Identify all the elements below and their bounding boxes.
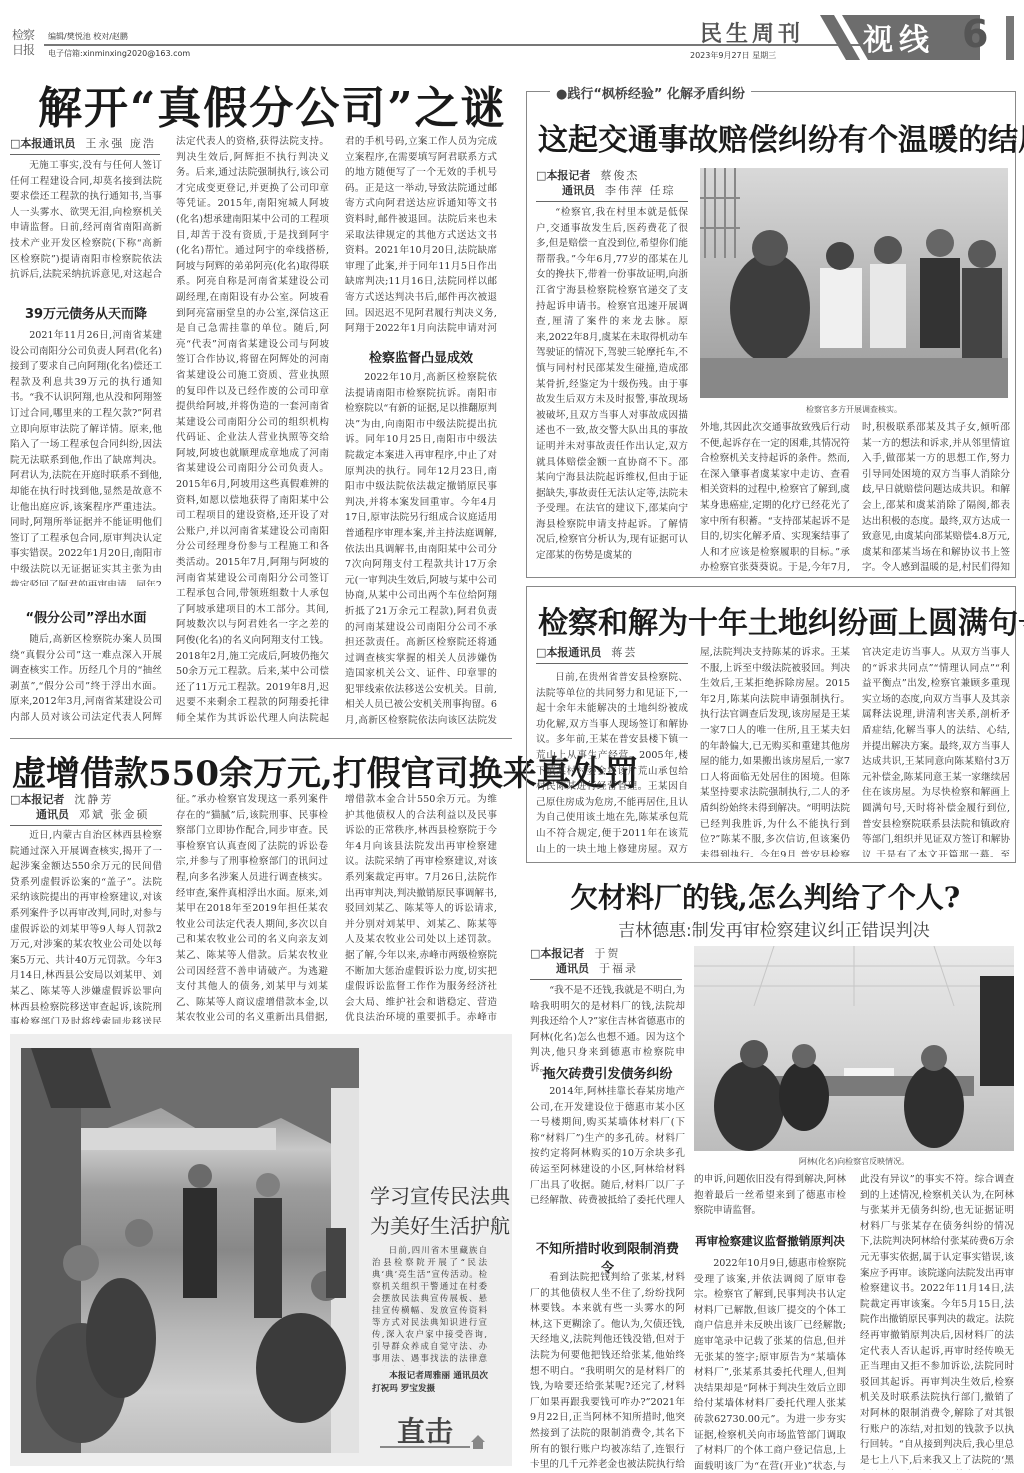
article1-byline: □本报通讯员王永强 庞浩 [10,136,160,155]
editor-email: 电子信箱:xinminxing2020@163.com [48,48,190,59]
article5-col2-body: 的申诉,问题依旧没有得到解决,阿林抱着最后一丝希望来到了德惠市检察院申请监督。 [694,1172,846,1220]
section-tab-label: 视线 [863,15,935,59]
home-icon [470,1434,486,1450]
article1-col3: 君的手机号码,立案工作人员为完成立案程序,在需要填写阿君联系方式的地方随便写了一… [345,134,497,337]
article4-col1: 日前,在贵州省普安县检察院、法院等单位的共同努力和见证下,一起十余年未能解决的土… [536,670,688,856]
article1-col3-tail: 2022年10月,高新区检察院依法提请南阳市检察院抗诉。南阳市检察院以“有新的证… [345,370,497,726]
article1-bottom-rule [10,738,512,739]
byline-name: 邓斌 张金硕 [79,808,150,821]
byline-name: 李伟萍 任琮 [605,184,676,197]
byline-role: □本报记者 [536,169,590,182]
article3-title: 这起交通事故赔偿纠纷有个温暖的结局 [538,115,1024,159]
byline-role: □本报记者 [10,793,64,806]
article4-byline: □本报通讯员蒋芸 [536,645,688,664]
article1-subhead-1: 39万元债务从天而降 [10,303,162,322]
page-edge-bar [1006,16,1014,60]
photo-illustration [21,1048,359,1453]
article3-photo-caption: 检察官多方开展调查核实。 [700,404,1008,415]
article2-col2: 征。”承办检察官发现这一系列案件存在的“猫腻”后,该院刑事、民事检察部门立即协作… [176,792,328,1026]
article3-byline: □本报记者蔡俊杰 通讯员李伟萍 任琮 [536,168,688,202]
column-tag-zhiji: 直击 [397,1410,453,1450]
article5-col3: 此没有异议”的事实不符。综合调查到的上述情况,检察机关认为,在阿林与张某并无债务… [860,1172,1014,1470]
byline-role: 通讯员 [556,962,589,975]
article2-col3: 增借款本金合计550余万元。为维护其他债权人的合法利益以及民事诉讼的正常秩序,林… [345,792,497,1026]
article4-title: 检察和解为十年土地纠纷画上圆满句号 [538,598,1024,642]
article5-col2-tail: 2022年10月9日,德惠市检察院受理了该案,并依法调阅了原审卷宗。检察官了解到… [694,1256,846,1470]
issue-date: 2023年9月27日 星期三 [690,50,776,61]
photo-illustration [694,946,1014,1151]
article3-photo [700,168,1008,398]
article2-col1: 近日,内蒙古自治区林西县检察院通过深入开展调查核实,揭开了一起涉案金额达550余… [10,828,162,1024]
section-name: 民生周刊 [700,17,804,48]
page-number: 6 [962,12,988,56]
article5-col1-body: 2014年,阿林挂靠长春某房地产公司,在开发建设位于德惠市某小区一号楼期间,购买… [530,1084,685,1208]
feature-title-line1: 学习宣传民法典 [370,1180,510,1209]
article1-subhead-2: “假分公司”浮出水面 [10,607,162,626]
article2-byline: □本报记者沈静芳 通讯员邓斌 张金硕 [10,792,162,826]
byline-name: 蔡俊杰 [600,169,639,182]
byline-role: □本报通讯员 [10,137,75,150]
article1-title: 解开“真假分公司”之谜 [38,72,507,136]
photo-illustration [700,168,1008,398]
article5-photo [694,946,1014,1151]
feature-credit: 本报记者周雅丽 通讯员次打祝玛 罗宝发摄 [372,1370,488,1400]
article1-subhead-3: 检察监督凸显成效 [345,347,497,366]
feature-title-line2: 为美好生活护航 [370,1210,510,1239]
column-tag-rule [380,1446,470,1448]
byline-names: 王永强 庞浩 [85,137,156,150]
article1-lead: 无施工事实,没有与任何人签订任何工程建设合同,却莫名接到法院要求偿还工程款的执行… [10,158,162,283]
byline-name: 于福录 [599,962,638,975]
article5-byline: □本报记者于贺 通讯员于福录 [530,946,682,980]
byline-name: 沈静芳 [74,793,113,806]
feature-body: 日前,四川省木里藏族自治县检察院开展了“民法典‘典’亮生活”宣传活动。检察机关组… [372,1244,488,1366]
article1-col1-tail: 随后,高新区检察院办案人员围绕“真假分公司”这一难点深入开展调查核实工作。历经几… [10,632,162,725]
masthead: 检察日报 编辑/樊悦池 校对/赵鹏 电子信箱:xinminxing2020@16… [0,0,1024,62]
newspaper-logo: 检察日报 [12,28,42,60]
article3-col2: 外地,其因此次交通事故致残后行动不便,起诉存在一定的困难,其情况符合检察机关支持… [700,420,850,575]
article3-kicker: ●践行“枫桥经验” 化解矛盾纠纷 [550,83,751,102]
feature-photo-village-meeting [21,1048,359,1453]
byline-role: □本报记者 [530,947,584,960]
editor-credit: 编辑/樊悦池 校对/赵鹏 [48,31,128,42]
byline-name: 于贺 [594,947,620,960]
article4-col2: 屋,法院判决支持陈某的诉求。王某不服,上诉至中级法院被驳回。判决生效后,王某拒绝… [700,645,850,857]
article5-subtitle: 吉林德惠:制发再审检察建议纠正错误判决 [618,916,930,941]
byline-name: 蒋芸 [611,646,637,659]
article1-col1-body: 2021年11月26日,河南省某建设公司南阳分公司负责人阿君(化名)接到了要求自… [10,328,162,586]
article3-col3: 时,积极联系邵某及其子女,倾听邵某一方的想法和诉求,并从邻里情谊入手,做邵某一方… [862,420,1010,575]
article5-col1-tail: 看到法院把钱判给了张某,材料厂的其他债权人坐不住了,纷纷找阿林要钱。本来就有些一… [530,1270,685,1470]
byline-role: 通讯员 [562,184,595,197]
article5-subhead-1: 拖欠砖费引发债务纠纷 [530,1063,685,1082]
article4-col3: 官决定走访当事人。从双方当事人的“诉求共同点”“情理认同点”“利益平衡点”出发,… [862,645,1010,857]
byline-role: □本报通讯员 [536,646,601,659]
article1-col2: 法定代表人的资格,获得法院支持。判决生效后,阿辉拒不执行判决义务。后来,通过法院… [176,134,329,726]
article3-col1: “检察官,我在村里本就是低保户,交通事故发生后,医药费花了很多,但是赔偿一直没到… [536,205,688,575]
article5-title: 欠材料厂的钱,怎么判给了个人? [570,876,960,916]
article5-photo-caption: 阿林(化名)向检察官反映情况。 [694,1156,1014,1167]
article5-subhead-3: 再审检察建议监督撤销原判决 [694,1233,846,1249]
byline-role: 通讯员 [36,808,69,821]
